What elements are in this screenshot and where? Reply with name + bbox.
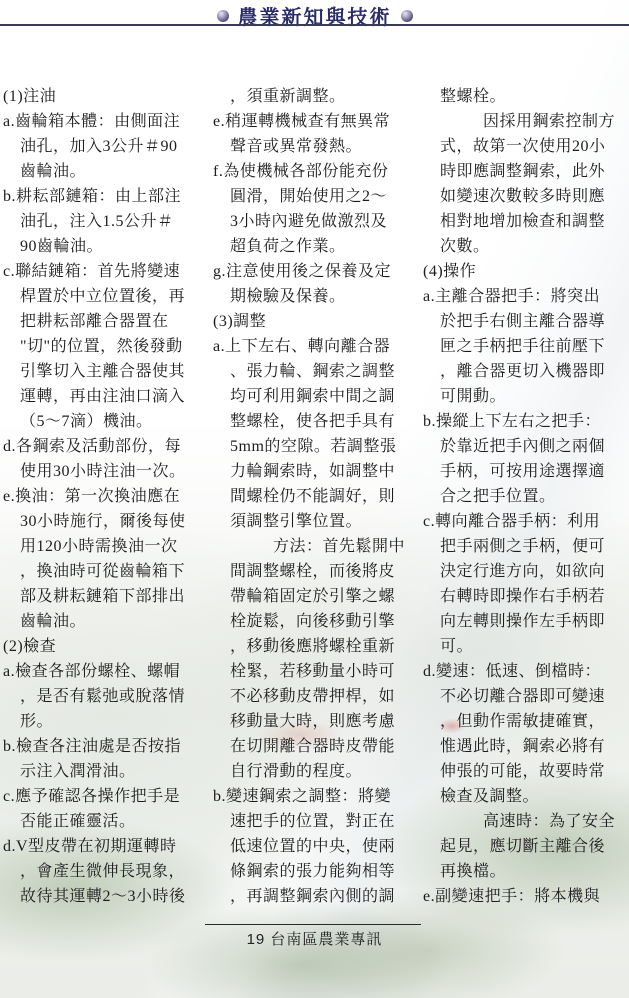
text-column-3: 整螺栓。因採用鋼索控制方式，故第一次使用20小時即應調整鋼索，此外如變速次數較多… (423, 84, 625, 909)
text-line: 惟遇此時，鋼索必將有 (423, 734, 625, 759)
text-line: 栓緊，若移動量小時可 (213, 659, 415, 684)
text-line: c.應予確認各操作把手是 (3, 784, 205, 809)
text-line: 起見，應切斷主離合後 (423, 834, 625, 859)
text-line: 30小時施行，爾後每使 (3, 509, 205, 534)
text-line: 故待其運轉2～3小時後 (3, 884, 205, 909)
sphere-bullet-icon-right (401, 10, 413, 22)
text-line: 油孔，注入1.5公升＃ (3, 209, 205, 234)
footer-divider (205, 924, 421, 925)
text-line: c.轉向離合器手柄：利用 (423, 509, 625, 534)
text-line: 超負荷之作業。 (213, 234, 415, 259)
text-line: 運轉，再由注油口滴入 (3, 384, 205, 409)
text-column-2: ，須重新調整。e.稍運轉機械查有無異常聲音或異常發熱。f.為使機械各部份能充份圓… (213, 84, 415, 909)
text-line: 桿置於中立位置後，再 (3, 284, 205, 309)
text-line: 移動量大時，則應考慮 (213, 709, 415, 734)
text-line: 間調整螺栓，而後將皮 (213, 559, 415, 584)
text-line: 速把手的位置，對正在 (213, 809, 415, 834)
text-line: 匣之手柄把手往前壓下 (423, 334, 625, 359)
text-line: a.齒輪箱本體：由側面注 (3, 109, 205, 134)
text-line: 形。 (3, 709, 205, 734)
text-line: d.變速：低速、倒檔時： (423, 659, 625, 684)
text-line: 間螺栓仍不能調好，則 (213, 484, 415, 509)
text-line: (3)調整 (213, 309, 415, 334)
sphere-bullet-icon-left (217, 10, 229, 22)
article-body: (1)注油a.齒輪箱本體：由側面注油孔，加入3公升＃90齒輪油。b.耕耘部鏈箱：… (3, 84, 625, 909)
text-line: 帶輪箱固定於引擎之螺 (213, 584, 415, 609)
text-line: 伸張的可能，故要時常 (423, 759, 625, 784)
text-line: 齒輪油。 (3, 159, 205, 184)
text-line: e.副變速把手：將本機與 (423, 884, 625, 909)
text-line: 部及耕耘鏈箱下部排出 (3, 584, 205, 609)
footer-page-label: 19 台南區農業專訊 (0, 928, 629, 949)
text-line: ，再調整鋼索內側的調 (213, 884, 415, 909)
text-line: 檢查及調整。 (423, 784, 625, 809)
text-line: e.換油：第一次換油應在 (3, 484, 205, 509)
text-line: 於把手右側主離合器導 (423, 309, 625, 334)
text-line: b.操縱上下左右之把手： (423, 409, 625, 434)
text-line: 式，故第一次使用20小 (423, 134, 625, 159)
text-line: ，須重新調整。 (213, 84, 415, 109)
text-line: 把耕耘部離合器置在 (3, 309, 205, 334)
text-line: 於靠近把手內側之兩個 (423, 434, 625, 459)
text-line: 相對地增加檢查和調整 (423, 209, 625, 234)
text-line: 高速時：為了安全 (423, 809, 625, 834)
text-line: 可。 (423, 634, 625, 659)
text-line: b.變速鋼索之調整：將變 (213, 784, 415, 809)
text-line: 栓旋鬆，向後移動引擎 (213, 609, 415, 634)
text-line: ，離合器更切入機器即 (423, 359, 625, 384)
text-line: 圓滑，開始使用之2～ (213, 184, 415, 209)
text-line: g.注意使用後之保養及定 (213, 259, 415, 284)
text-line: 方法：首先鬆開中 (213, 534, 415, 559)
text-line: d.V型皮帶在初期運轉時 (3, 834, 205, 859)
text-line: 不必移動皮帶押桿，如 (213, 684, 415, 709)
text-line: 決定行進方向，如欲向 (423, 559, 625, 584)
text-line: 油孔，加入3公升＃90 (3, 134, 205, 159)
text-line: 3小時內避免做激烈及 (213, 209, 415, 234)
text-line: 次數。 (423, 234, 625, 259)
text-line: e.稍運轉機械查有無異常 (213, 109, 415, 134)
text-line: (2)檢查 (3, 634, 205, 659)
text-line: 須調整引擎位置。 (213, 509, 415, 534)
text-line: 右轉時即操作右手柄若 (423, 584, 625, 609)
text-line: 整螺栓。 (423, 84, 625, 109)
text-line: "切"的位置，然後發動 (3, 334, 205, 359)
text-line: 引擎切入主離合器使其 (3, 359, 205, 384)
text-line: d.各鋼索及活動部份，每 (3, 434, 205, 459)
text-line: 否能正確靈活。 (3, 809, 205, 834)
text-line: 因採用鋼索控制方 (423, 109, 625, 134)
text-line: 可開動。 (423, 384, 625, 409)
text-line: ，會產生微伸長現象， (3, 859, 205, 884)
text-line: 再換檔。 (423, 859, 625, 884)
text-line: 自行滑動的程度。 (213, 759, 415, 784)
text-line: 如變速次數較多時則應 (423, 184, 625, 209)
text-line: 、張力輪、鋼索之調整 (213, 359, 415, 384)
text-line: 90齒輪油。 (3, 234, 205, 259)
text-line: 均可利用鋼索中間之調 (213, 384, 415, 409)
text-line: 期檢驗及保養。 (213, 284, 415, 309)
text-line: 5mm的空隙。若調整張 (213, 434, 415, 459)
text-line: 合之把手位置。 (423, 484, 625, 509)
text-line: 低速位置的中央，使兩 (213, 834, 415, 859)
text-line: (1)注油 (3, 84, 205, 109)
text-line: ，但動作需敏捷確實， (423, 709, 625, 734)
text-line: ，換油時可從齒輪箱下 (3, 559, 205, 584)
text-line: 在切開離合器時皮帶能 (213, 734, 415, 759)
text-line: 齒輪油。 (3, 609, 205, 634)
text-line: ，是否有鬆弛或脫落情 (3, 684, 205, 709)
text-line: 把手兩側之手柄，便可 (423, 534, 625, 559)
text-line: 條鋼索的張力能夠相等 (213, 859, 415, 884)
text-line: ，移動後應將螺栓重新 (213, 634, 415, 659)
text-line: 手柄，可按用途選擇適 (423, 459, 625, 484)
text-line: c.聯結鏈箱：首先將變速 (3, 259, 205, 284)
text-line: (4)操作 (423, 259, 625, 284)
text-line: a.主離合器把手：將突出 (423, 284, 625, 309)
text-line: 向左轉則操作左手柄即 (423, 609, 625, 634)
header-divider (0, 24, 629, 26)
text-line: 力輪鋼索時，如調整中 (213, 459, 415, 484)
text-line: 不必切離合器即可變速 (423, 684, 625, 709)
text-line: 示注入潤滑油。 (3, 759, 205, 784)
text-line: b.耕耘部鏈箱：由上部注 (3, 184, 205, 209)
text-line: 整螺栓，使各把手具有 (213, 409, 415, 434)
text-column-1: (1)注油a.齒輪箱本體：由側面注油孔，加入3公升＃90齒輪油。b.耕耘部鏈箱：… (3, 84, 205, 909)
text-line: a.上下左右、轉向離合器 (213, 334, 415, 359)
text-line: f.為使機械各部份能充份 (213, 159, 415, 184)
text-line: 聲音或異常發熱。 (213, 134, 415, 159)
text-line: 用120小時需換油一次 (3, 534, 205, 559)
text-line: 時即應調整鋼索，此外 (423, 159, 625, 184)
text-line: 使用30小時注油一次。 (3, 459, 205, 484)
text-line: （5～7滴）機油。 (3, 409, 205, 434)
text-line: b.檢查各注油處是否按指 (3, 734, 205, 759)
text-line: a.檢查各部份螺栓、螺帽 (3, 659, 205, 684)
